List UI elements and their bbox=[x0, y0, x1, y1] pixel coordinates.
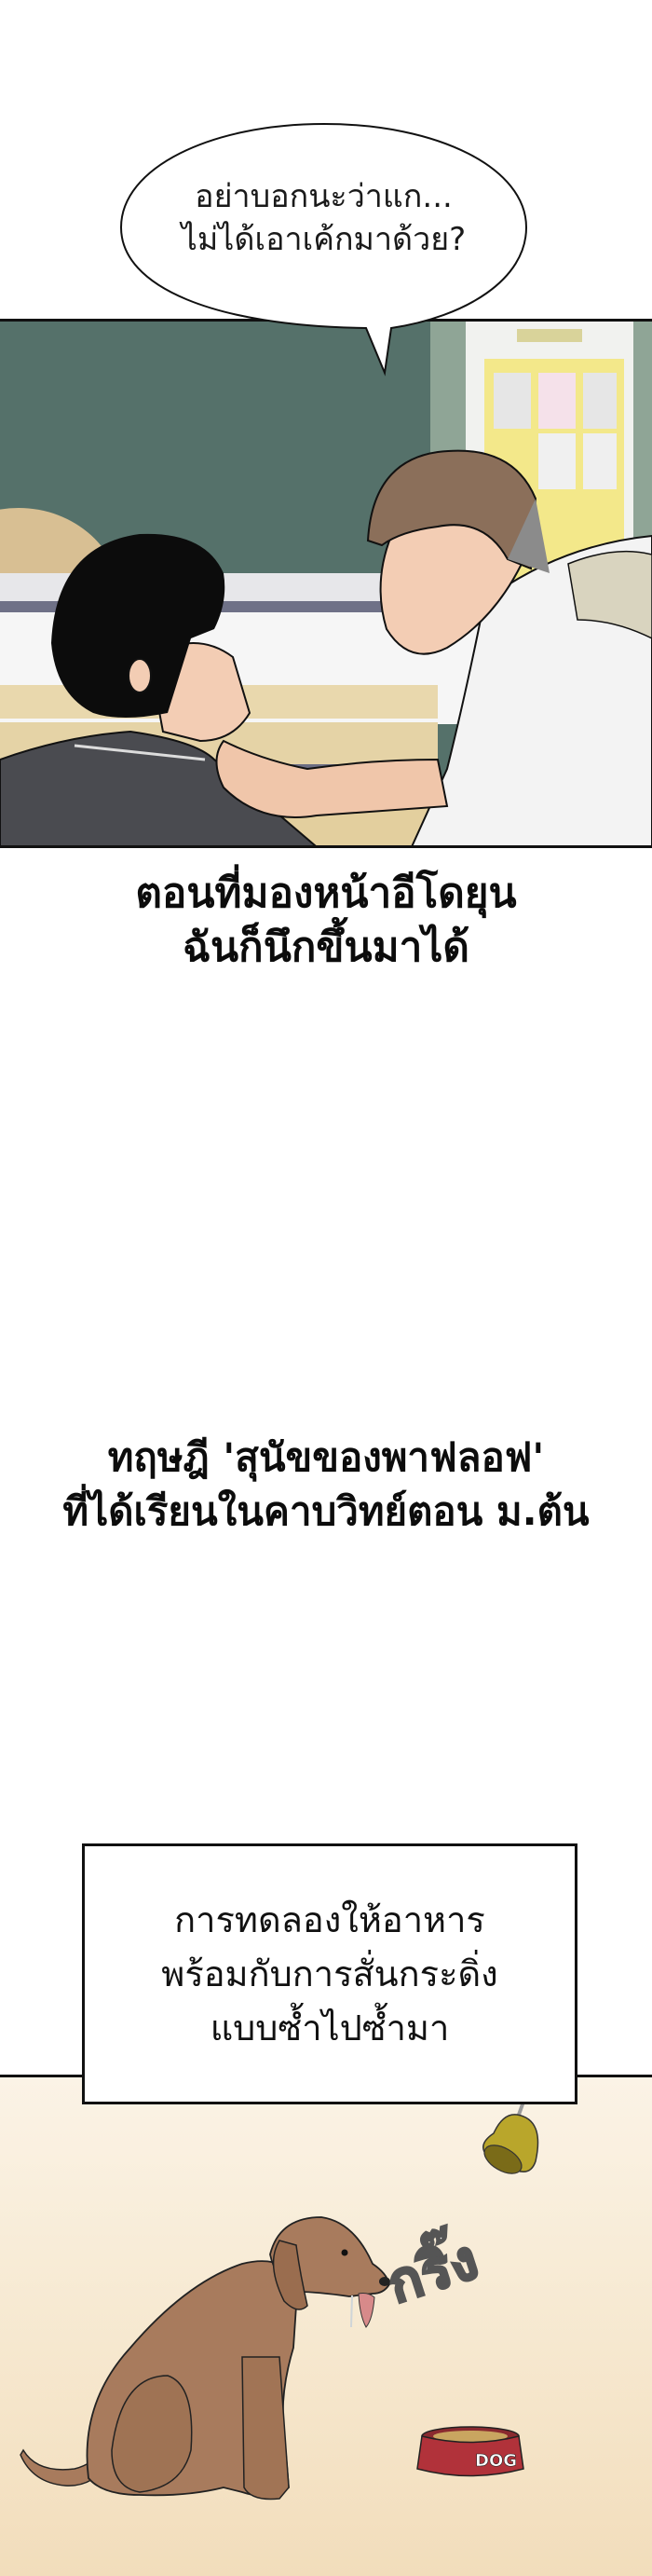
pavlov-dog-panel: DOG bbox=[0, 2075, 652, 2576]
narration-box: การทดลองให้อาหาร พร้อมกับการสั่นกระดิ่ง … bbox=[82, 1843, 577, 2104]
box-line-2: พร้อมกับการสั่นกระดิ่ง bbox=[161, 1947, 497, 2001]
narration-caption-1: ตอนที่มองหน้าอีโดยุน ฉันก็นึกขึ้นมาได้ bbox=[0, 867, 652, 975]
speech-bubble-text: อย่าบอกนะว่าแก... ไม่ได้เอาเค้กมาด้วย? bbox=[121, 175, 526, 261]
caption-1-line-2: ฉันก็นึกขึ้นมาได้ bbox=[0, 921, 652, 975]
box-line-3: แบบซ้ำไปซ้ำมา bbox=[211, 2001, 450, 2055]
speech-line-2: ไม่ได้เอาเค้กมาด้วย? bbox=[121, 218, 526, 261]
speech-line-1: อย่าบอกนะว่าแก... bbox=[121, 175, 526, 218]
caption-2-line-1: ทฤษฎี 'สุนัขของพาฟลอฟ' bbox=[0, 1431, 652, 1485]
classroom-panel bbox=[0, 319, 652, 848]
classroom-illustration bbox=[0, 322, 652, 848]
narration-caption-2: ทฤษฎี 'สุนัขของพาฟลอฟ' ที่ได้เรียนในคาบว… bbox=[0, 1431, 652, 1539]
svg-text:DOG: DOG bbox=[475, 2451, 517, 2471]
box-line-1: การทดลองให้อาหาร bbox=[174, 1893, 485, 1947]
caption-1-line-1: ตอนที่มองหน้าอีโดยุน bbox=[0, 867, 652, 921]
caption-2-line-2: ที่ได้เรียนในคาบวิทย์ตอน ม.ต้น bbox=[0, 1485, 652, 1539]
dog-illustration: DOG bbox=[0, 2077, 652, 2576]
dog-bowl-icon: DOG bbox=[417, 2427, 523, 2476]
